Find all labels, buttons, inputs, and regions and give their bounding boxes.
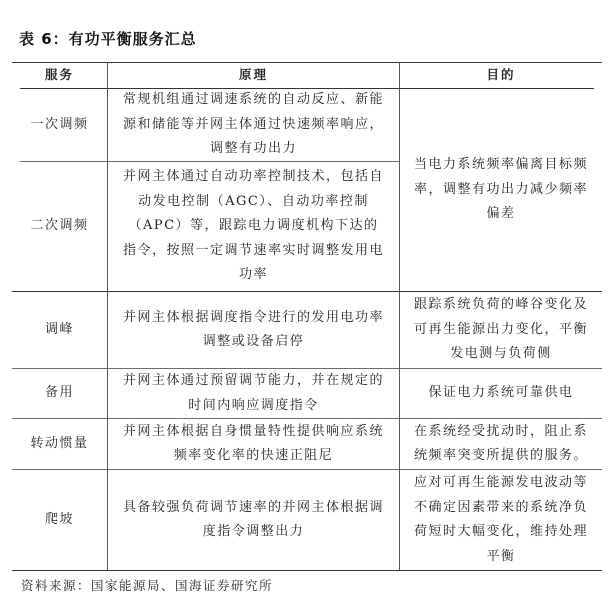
row-3-service: 调峰 <box>12 292 107 368</box>
table-title: 表 6：有功平衡服务汇总 <box>19 28 197 49</box>
row-6-purpose: 应对可再生能源发电波动等不确定因素带来的系统净负荷短时大幅变化，维持处理平衡 <box>400 470 602 570</box>
header-purpose: 目的 <box>400 62 602 88</box>
row-6-principle: 具备较强负荷调节速率的并网主体根据调度指令调整出力 <box>108 470 399 570</box>
row-5-service: 转动惯量 <box>12 419 107 469</box>
source-note: 资料来源：国家能源局、国海证券研究所 <box>21 576 273 594</box>
row-2-principle: 并网主体通过自动功率控制技术，包括自动发电控制（AGC）、自动功率控制（APC）… <box>108 162 399 291</box>
row-1-principle: 常规机组通过调速系统的自动反应、新能源和储能等并网主体通过快速频率响应，调整有功… <box>108 89 399 161</box>
active-power-balance-services-table: 服务 原理 目的 一次调频 常规机组通过调速系统的自动反应、新能源和储能等并网主… <box>12 62 602 570</box>
row-4-principle: 并网主体通过预留调节能力，并在规定的时间内响应调度指令 <box>108 369 399 418</box>
row-4-purpose: 保证电力系统可靠供电 <box>400 369 602 418</box>
row-1-2-purpose: 当电力系统频率偏离目标频率，调整有功出力减少频率偏差 <box>400 89 602 291</box>
header-service: 服务 <box>12 62 107 88</box>
row-2-service: 二次调频 <box>12 162 107 291</box>
row-6-service: 爬坡 <box>12 470 107 570</box>
row-3-principle: 并网主体根据调度指令进行的发用电功率调整或设备启停 <box>108 292 399 368</box>
row-3-purpose: 跟踪系统负荷的峰谷变化及可再生能源出力变化，平衡发电测与负荷侧 <box>400 292 602 368</box>
row-1-service: 一次调频 <box>12 89 107 161</box>
row-5-principle: 并网主体根据自身惯量特性提供响应系统频率变化率的快速正阻尼 <box>108 419 399 469</box>
header-principle: 原理 <box>108 62 399 88</box>
row-4-service: 备用 <box>12 369 107 418</box>
row-5-purpose: 在系统经受扰动时，阻止系统频率突变所提供的服务。 <box>400 419 602 469</box>
table-bottom-border <box>12 570 602 571</box>
